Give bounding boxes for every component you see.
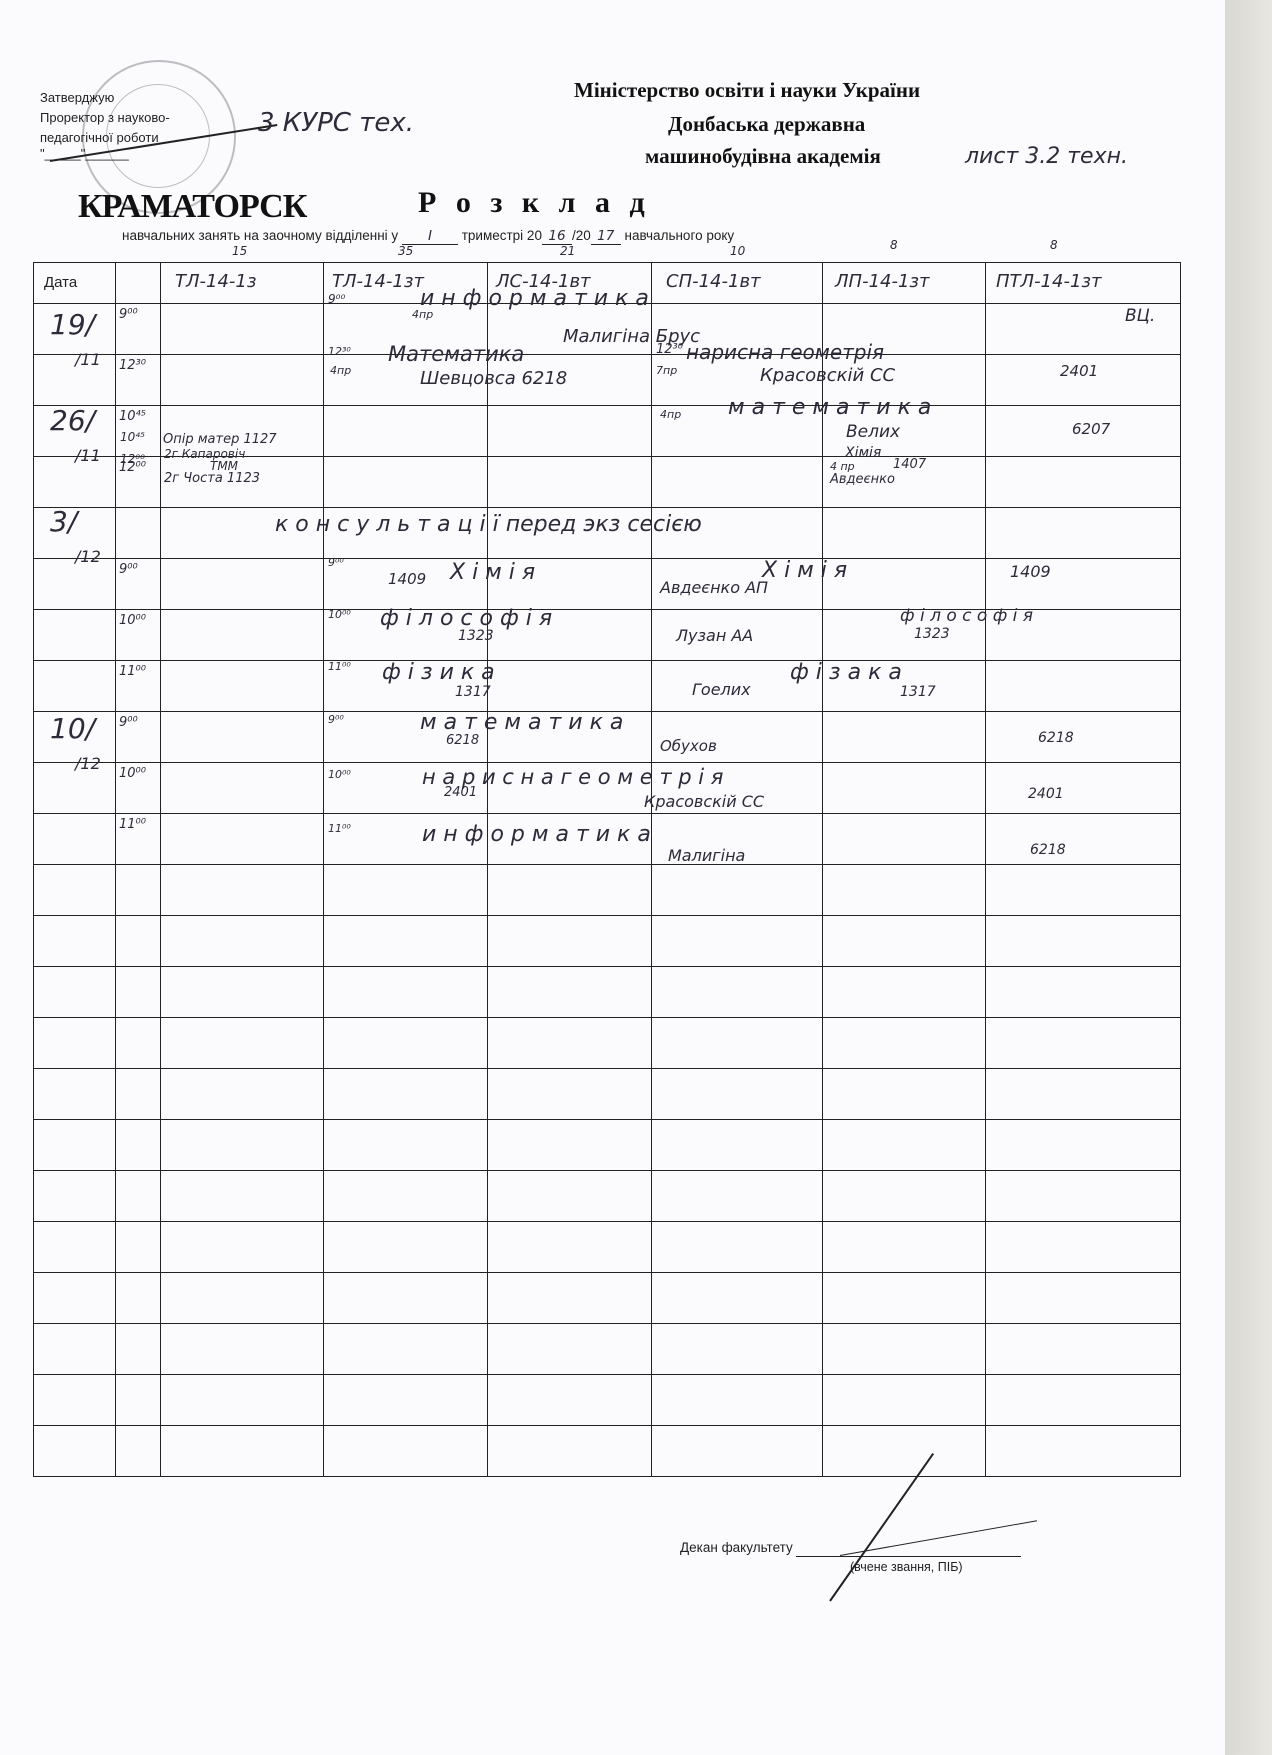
entry-time: 10⁴⁵	[120, 430, 145, 444]
time-cell	[116, 1069, 161, 1120]
header-group-6: ПТЛ-14-1зт	[986, 263, 1181, 304]
time-label: 9⁰⁰	[119, 562, 138, 577]
entry-subject: и н ф о р м а т и к а	[422, 822, 651, 847]
schedule-cell	[161, 1324, 324, 1375]
date-cell	[34, 559, 116, 610]
schedule-cell	[652, 865, 823, 916]
schedule-cell	[324, 916, 488, 967]
schedule-cell	[986, 814, 1181, 865]
entry-note: 4пр	[412, 308, 433, 321]
entry-subject: ф і л о с о ф і я	[900, 606, 1033, 626]
entry-room: 6218	[1030, 842, 1066, 858]
subtitle-suffix: навчального року	[625, 228, 735, 243]
schedule-cell	[488, 967, 652, 1018]
schedule-cell	[161, 1222, 324, 1273]
schedule-cell	[488, 865, 652, 916]
schedule-cell	[986, 661, 1181, 712]
schedule-cell	[652, 967, 823, 1018]
entry-room: 1317	[455, 684, 491, 700]
time-cell: 11⁰⁰	[116, 661, 161, 712]
schedule-cell	[488, 1426, 652, 1477]
schedule-cell	[161, 1375, 324, 1426]
time-cell: 9⁰⁰	[116, 304, 161, 355]
schedule-cell	[161, 661, 324, 712]
schedule-cell	[324, 1171, 488, 1222]
entry-room: 2401	[444, 785, 477, 800]
sheet-note: лист 3.2 техн.	[965, 144, 1128, 169]
table-row	[34, 1375, 1181, 1426]
schedule-cell	[488, 1069, 652, 1120]
entry-note: 4пр	[660, 408, 681, 421]
entry-teacher: Велих	[846, 422, 900, 442]
schedule-cell	[324, 1018, 488, 1069]
group-count-1: 15	[232, 244, 247, 258]
schedule-cell	[652, 1120, 823, 1171]
schedule-cell	[823, 1222, 986, 1273]
schedule-cell	[324, 967, 488, 1018]
schedule-cell	[986, 763, 1181, 814]
time-cell	[116, 1120, 161, 1171]
entry-teacher: Обухов	[660, 737, 717, 755]
time-cell: 9⁰⁰	[116, 712, 161, 763]
entry-room: 1323	[458, 628, 494, 644]
time-label: 12³⁰	[119, 358, 146, 373]
date-day: 19/	[50, 308, 95, 341]
header-time	[116, 263, 161, 304]
date-cell	[34, 1120, 116, 1171]
table-row	[34, 1426, 1181, 1477]
schedule-cell	[823, 763, 986, 814]
time-cell: 12³⁰	[116, 355, 161, 406]
schedule-cell	[324, 1273, 488, 1324]
schedule-cell	[823, 916, 986, 967]
schedule-cell	[161, 763, 324, 814]
header-group-4: СП-14-1вт	[652, 263, 823, 304]
table-row: 11⁰⁰	[34, 661, 1181, 712]
entry-time: 12³⁰	[656, 342, 683, 357]
entry-room: 2401	[1060, 362, 1098, 380]
table-row: 12³⁰	[34, 355, 1181, 406]
entry-note: 7пр	[656, 364, 677, 377]
time-cell	[116, 1171, 161, 1222]
ministry-line-3: машинобудівна академія	[645, 144, 881, 169]
date-cell	[34, 610, 116, 661]
schedule-cell	[488, 406, 652, 457]
header-group-5: ЛП-14-1зт	[823, 263, 986, 304]
time-cell	[116, 865, 161, 916]
entry-subject: и н ф о р м а т и к а	[420, 286, 649, 311]
schedule-cell	[986, 1324, 1181, 1375]
schedule-cell	[986, 967, 1181, 1018]
time-cell	[116, 1324, 161, 1375]
schedule-cell	[324, 406, 488, 457]
date-cell	[34, 967, 116, 1018]
date-month: /12	[75, 754, 101, 773]
date-month: /11	[75, 446, 101, 465]
schedule-cell	[823, 865, 986, 916]
table-row	[34, 1222, 1181, 1273]
schedule-cell	[161, 355, 324, 406]
entry-subject: ф і з а к а	[790, 660, 902, 685]
entry-subject: нарисна геометрія	[686, 340, 884, 364]
table-row	[34, 916, 1181, 967]
consultations-banner: к о н с у л ь т а ц і ї перед экз сесією	[275, 512, 702, 537]
subtitle-sep: /20	[572, 228, 591, 243]
schedule-cell	[161, 304, 324, 355]
dean-signature-line	[796, 1556, 1021, 1557]
table-row	[34, 865, 1181, 916]
table-row	[34, 1069, 1181, 1120]
time-cell	[116, 1426, 161, 1477]
time-label: 9⁰⁰	[119, 307, 138, 322]
entry-teacher: Красовскій СС	[644, 792, 764, 811]
entry-subject: Математика	[388, 342, 524, 366]
date-cell	[34, 1018, 116, 1069]
time-label: 10⁰⁰	[119, 613, 146, 628]
schedule-cell	[652, 1069, 823, 1120]
entry-time: 12⁰⁰	[120, 452, 145, 466]
entry-room: 1409	[1010, 562, 1051, 581]
entry-room: 1323	[914, 626, 950, 642]
table-row	[34, 1324, 1181, 1375]
schedule-cell	[488, 1120, 652, 1171]
schedule-cell	[652, 1324, 823, 1375]
entry-subject: м а т е м а т и к а	[420, 710, 623, 735]
schedule-cell	[488, 1375, 652, 1426]
entry-room: ВЦ.	[1125, 306, 1155, 326]
entry-subject: ф і з и к а	[382, 660, 495, 685]
time-cell	[116, 1273, 161, 1324]
trimester-value: I	[402, 228, 458, 245]
schedule-cell	[161, 559, 324, 610]
schedule-cell	[823, 967, 986, 1018]
time-label: 10⁴⁵	[119, 409, 146, 424]
date-day: 26/	[50, 404, 95, 437]
table-row	[34, 1273, 1181, 1324]
entry-room: 1409	[388, 570, 426, 588]
schedule-cell	[161, 712, 324, 763]
date-cell	[34, 1171, 116, 1222]
schedule-cell	[488, 1222, 652, 1273]
table-row	[34, 1120, 1181, 1171]
schedule-cell	[823, 1171, 986, 1222]
schedule-cell	[488, 661, 652, 712]
schedule-cell	[823, 712, 986, 763]
time-cell: 10⁰⁰	[116, 763, 161, 814]
schedule-cell	[986, 712, 1181, 763]
entry-time: 11⁰⁰	[328, 822, 351, 835]
entry-time: 12³⁰	[328, 345, 351, 358]
schedule-cell	[161, 610, 324, 661]
schedule-cell	[823, 1069, 986, 1120]
entry-subject: м а т е м а т и к а	[728, 395, 931, 420]
schedule-subtitle: навчальних занять на заочному відділенні…	[122, 228, 734, 245]
schedule-cell	[652, 916, 823, 967]
header-date: Дата	[34, 263, 116, 304]
group-count-5: 8	[890, 238, 898, 252]
entry-teacher: Малигіна	[668, 846, 745, 865]
schedule-cell	[823, 1018, 986, 1069]
schedule-cell	[161, 1018, 324, 1069]
entry-teacher: Лузан АА	[676, 626, 753, 645]
entry-note: 4пр	[330, 364, 351, 377]
city-name: КРАМАТОРСК	[78, 188, 306, 226]
time-cell: 11⁰⁰	[116, 814, 161, 865]
entry-time: 11⁰⁰	[328, 660, 351, 673]
entry-time: 9⁰⁰	[328, 292, 345, 306]
schedule-cell	[652, 1273, 823, 1324]
schedule-cell	[986, 865, 1181, 916]
schedule-cell	[161, 1426, 324, 1477]
time-cell	[116, 1375, 161, 1426]
group-count-3: 21	[560, 244, 575, 258]
approval-line-2: Проректор з науково-	[40, 110, 170, 125]
schedule-cell	[986, 1018, 1181, 1069]
schedule-cell	[161, 967, 324, 1018]
schedule-cell	[652, 1171, 823, 1222]
schedule-cell	[823, 1273, 986, 1324]
schedule-cell	[986, 457, 1181, 508]
schedule-cell	[652, 1426, 823, 1477]
schedule-cell	[161, 814, 324, 865]
time-cell	[116, 1222, 161, 1273]
schedule-cell	[488, 1018, 652, 1069]
group-count-2: 35	[398, 244, 413, 258]
schedule-cell	[324, 1222, 488, 1273]
table-row: 9⁰⁰	[34, 559, 1181, 610]
table-row	[34, 1171, 1181, 1222]
entry-time: 10⁰⁰	[328, 768, 351, 781]
table-row	[34, 1018, 1181, 1069]
date-cell	[34, 1222, 116, 1273]
schedule-cell	[986, 1222, 1181, 1273]
entry-teacher: Красовскій СС	[760, 365, 895, 386]
schedule-cell	[488, 1171, 652, 1222]
approval-line-3: педагогічної роботи	[40, 130, 159, 145]
entry-time: 9⁰⁰	[328, 556, 344, 569]
date-cell	[34, 1375, 116, 1426]
entry-teacher: Авдеєнко АП	[660, 578, 768, 597]
entry-time: 10⁰⁰	[328, 608, 351, 621]
entry-time: 9⁰⁰	[328, 713, 344, 726]
schedule-cell	[161, 916, 324, 967]
schedule-cell	[986, 916, 1181, 967]
entry-subject: Хімія	[845, 445, 881, 461]
schedule-cell	[161, 1120, 324, 1171]
schedule-cell	[324, 1120, 488, 1171]
date-cell	[34, 1426, 116, 1477]
schedule-cell	[488, 1324, 652, 1375]
subtitle-mid: триместрі 20	[462, 228, 542, 243]
handwritten-course: 3 КУРС тех.	[258, 108, 414, 138]
date-day: 10/	[50, 712, 95, 745]
schedule-cell	[324, 457, 488, 508]
schedule-cell	[986, 1273, 1181, 1324]
schedule-cell	[324, 1069, 488, 1120]
schedule-cell	[823, 1120, 986, 1171]
date-cell	[34, 1069, 116, 1120]
document-title: Р о з к л а д	[418, 186, 651, 220]
date-cell	[34, 1324, 116, 1375]
date-month: /12	[75, 547, 101, 566]
year-start: 16	[542, 228, 572, 245]
approval-line-1: Затверджую	[40, 90, 114, 105]
table-row	[34, 967, 1181, 1018]
entry-room: 6218	[446, 733, 479, 748]
schedule-cell	[161, 865, 324, 916]
time-label: 10⁰⁰	[119, 766, 146, 781]
schedule-cell	[324, 865, 488, 916]
schedule-cell	[652, 457, 823, 508]
entry-room: 1317	[900, 684, 936, 700]
date-cell	[34, 661, 116, 712]
time-cell	[116, 1018, 161, 1069]
schedule-cell	[823, 1426, 986, 1477]
time-cell: 9⁰⁰	[116, 559, 161, 610]
time-label: 11⁰⁰	[119, 817, 146, 832]
date-cell	[34, 916, 116, 967]
entry-room: 6218	[1038, 730, 1074, 746]
group-count-4: 10	[730, 244, 745, 258]
subtitle-prefix: навчальних занять на заочному відділенні…	[122, 228, 398, 243]
schedule-cell	[823, 1375, 986, 1426]
schedule-cell	[324, 1375, 488, 1426]
entry-teacher: Гоелих	[692, 680, 751, 699]
time-cell	[116, 508, 161, 559]
date-cell	[34, 814, 116, 865]
schedule-cell	[652, 1222, 823, 1273]
entry-teacher: Шевцовса 6218	[420, 368, 567, 389]
schedule-cell	[161, 1273, 324, 1324]
schedule-cell	[161, 1171, 324, 1222]
schedule-cell	[986, 508, 1181, 559]
schedule-cell	[986, 1069, 1181, 1120]
schedule-cell	[652, 1375, 823, 1426]
schedule-cell	[488, 1273, 652, 1324]
entry-subject: Опір матер 1127	[163, 432, 277, 447]
header-group-1: ТЛ-14-1з	[161, 263, 324, 304]
schedule-cell	[652, 1018, 823, 1069]
time-cell: 10⁰⁰	[116, 610, 161, 661]
year-end: 17	[591, 228, 621, 245]
schedule-cell	[986, 1120, 1181, 1171]
schedule-cell	[823, 814, 986, 865]
schedule-cell	[488, 916, 652, 967]
schedule-cell	[823, 508, 986, 559]
date-month: /11	[75, 350, 101, 369]
schedule-cell	[488, 457, 652, 508]
schedule-cell	[986, 1375, 1181, 1426]
time-cell	[116, 967, 161, 1018]
entry-room: 1407	[893, 457, 926, 472]
entry-room: 2401	[1028, 786, 1064, 802]
schedule-cell	[986, 1171, 1181, 1222]
schedule-cell	[324, 1324, 488, 1375]
entry-teacher: Авдеєнко	[830, 472, 895, 487]
date-cell	[34, 1273, 116, 1324]
dean-signature-caption: (вчене звання, ПІБ)	[850, 1560, 963, 1574]
dean-label: Декан факультету	[680, 1540, 793, 1555]
schedule-cell	[823, 1324, 986, 1375]
entry-subject: 2г Чоста 1123	[164, 471, 260, 486]
entry-room: 6207	[1072, 420, 1110, 438]
time-cell	[116, 916, 161, 967]
entry-subject: Х і м і я	[762, 558, 847, 583]
ministry-line-1: Міністерство освіти і науки України	[574, 78, 920, 103]
schedule-cell	[161, 1069, 324, 1120]
page-edge-shadow	[1225, 0, 1272, 1755]
date-day: 3/	[50, 505, 77, 538]
schedule-cell	[986, 1426, 1181, 1477]
schedule-cell	[324, 1426, 488, 1477]
time-label: 9⁰⁰	[119, 715, 138, 730]
entry-subject: Х і м і я	[450, 560, 535, 585]
date-cell	[34, 865, 116, 916]
group-count-6: 8	[1050, 238, 1058, 252]
time-label: 11⁰⁰	[119, 664, 146, 679]
ministry-line-2: Донбаська державна	[668, 112, 865, 137]
